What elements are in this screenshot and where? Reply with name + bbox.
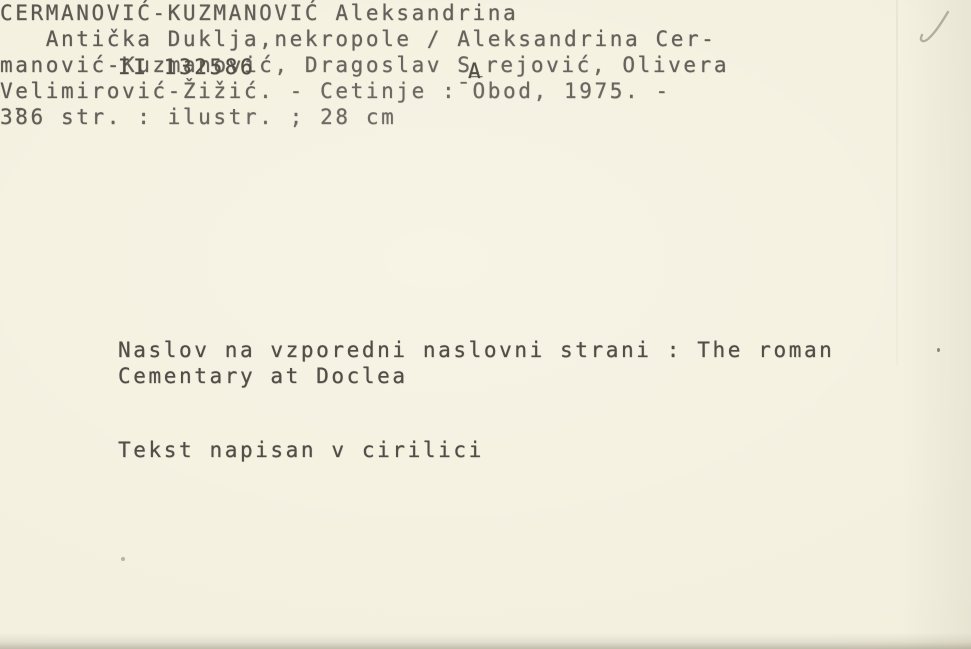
paper-speck [121,557,125,561]
entry-title-line: Antička Duklja,nekropole / Aleksandrina … [0,26,971,52]
parallel-title-note: Naslov na vzporedni naslovni strani : Th… [118,337,834,389]
paper-crease [896,0,898,365]
call-number: II 132586 [118,54,255,80]
script-note: Tekst napisan v cirilici [118,437,484,463]
entry-collation-line: 3̄86 str. : ilustr. ; 28 cm [0,104,971,130]
parallel-title-note-line: Cementary at Doclea [118,363,834,389]
paper-speck [937,348,940,352]
pen-tick-icon [912,8,956,56]
catalog-card: II 132586 A CERMANOVIĆ-KUZMANOVIĆ Aleksa… [0,0,971,649]
entry-heading-line: CERMANOVIĆ-KUZMANOVIĆ Aleksandrina [0,0,971,26]
entry-imprint-line: Velimirović-Žižić. - Cetinje :¯Obod, 197… [0,78,971,104]
classification-letter: A [468,58,483,84]
parallel-title-note-line: Naslov na vzporedni naslovni strani : Th… [118,337,834,363]
script-note-line: Tekst napisan v cirilici [118,437,484,463]
